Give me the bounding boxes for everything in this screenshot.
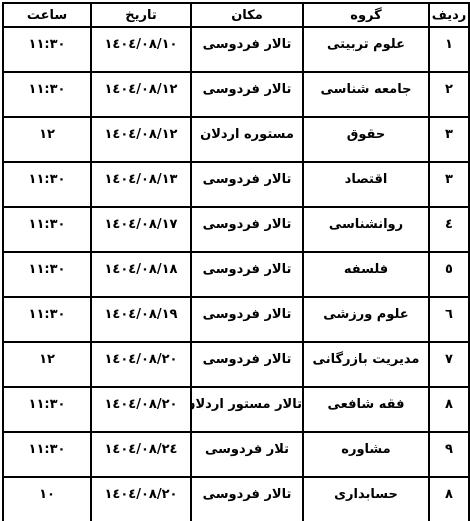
- cell-group: جامعه شناسی: [303, 72, 429, 117]
- cell-date: ١٤٠٤/٠٨/١٧: [91, 207, 191, 252]
- cell-time: ١٠: [3, 477, 91, 521]
- cell-time: ١١:٣٠: [3, 297, 91, 342]
- cell-radif: ٢: [429, 72, 469, 117]
- table-row: ٣حقوقمستوره اردلان١٤٠٤/٠٨/١٢١٢: [3, 117, 469, 162]
- cell-date: ١٤٠٤/٠٨/١٨: [91, 252, 191, 297]
- table-row: ٩مشاورهتلار فردوسی١٤٠٤/٠٨/٢٤١١:٣٠: [3, 432, 469, 477]
- cell-date: ١٤٠٤/٠٨/٢٠: [91, 387, 191, 432]
- cell-date: ١٤٠٤/٠٨/١٢: [91, 72, 191, 117]
- header-time: ساعت: [3, 3, 91, 27]
- cell-group: اقتصاد: [303, 162, 429, 207]
- table-row: ٨فقه شافعیتالار مستور اردلان١٤٠٤/٠٨/٢٠١١…: [3, 387, 469, 432]
- cell-group: علوم ورزشی: [303, 297, 429, 342]
- cell-time: ١١:٣٠: [3, 72, 91, 117]
- cell-group: فلسفه: [303, 252, 429, 297]
- table-row: ٦علوم ورزشیتالار فردوسی١٤٠٤/٠٨/١٩١١:٣٠: [3, 297, 469, 342]
- cell-time: ١١:٣٠: [3, 432, 91, 477]
- cell-radif: ٤: [429, 207, 469, 252]
- table-row: ٥فلسفهتالار فردوسی١٤٠٤/٠٨/١٨١١:٣٠: [3, 252, 469, 297]
- cell-place: تالار فردوسی: [191, 342, 303, 387]
- cell-time: ١١:٣٠: [3, 252, 91, 297]
- cell-date: ١٤٠٤/٠٨/١٣: [91, 162, 191, 207]
- cell-radif: ٩: [429, 432, 469, 477]
- cell-date: ١٤٠٤/٠٨/٢٤: [91, 432, 191, 477]
- header-group: گروه: [303, 3, 429, 27]
- cell-radif: ٣: [429, 117, 469, 162]
- cell-radif: ٨: [429, 387, 469, 432]
- cell-time: ١٢: [3, 342, 91, 387]
- cell-radif: ٣: [429, 162, 469, 207]
- header-row: ردیف گروه مکان تاریخ ساعت: [3, 3, 469, 27]
- cell-date: ١٤٠٤/٠٨/٢٠: [91, 477, 191, 521]
- cell-group: روانشناسی: [303, 207, 429, 252]
- cell-place: تلار فردوسی: [191, 432, 303, 477]
- cell-place: تالار فردوسی: [191, 297, 303, 342]
- cell-group: مشاوره: [303, 432, 429, 477]
- cell-radif: ٦: [429, 297, 469, 342]
- table-row: ٢جامعه شناسیتالار فردوسی١٤٠٤/٠٨/١٢١١:٣٠: [3, 72, 469, 117]
- cell-date: ١٤٠٤/٠٨/١٩: [91, 297, 191, 342]
- cell-radif: ٧: [429, 342, 469, 387]
- cell-date: ١٤٠٤/٠٨/١٢: [91, 117, 191, 162]
- cell-place: تالار فردوسی: [191, 162, 303, 207]
- cell-radif: ٥: [429, 252, 469, 297]
- table-row: ١علوم تربیتیتالار فردوسی١٤٠٤/٠٨/١٠١١:٣٠: [3, 27, 469, 72]
- cell-place: مستوره اردلان: [191, 117, 303, 162]
- cell-group: فقه شافعی: [303, 387, 429, 432]
- table-row: ٧مدیریت بازرگانیتالار فردوسی١٤٠٤/٠٨/٢٠١٢: [3, 342, 469, 387]
- cell-place: تالار مستور اردلان: [191, 387, 303, 432]
- cell-group: حسابداری: [303, 477, 429, 521]
- cell-place: تالار فردوسی: [191, 27, 303, 72]
- cell-time: ١١:٣٠: [3, 162, 91, 207]
- table-row: ٣اقتصادتالار فردوسی١٤٠٤/٠٨/١٣١١:٣٠: [3, 162, 469, 207]
- exam-schedule-table: ردیف گروه مکان تاریخ ساعت ١علوم تربیتیتا…: [2, 2, 470, 521]
- cell-time: ١١:٣٠: [3, 207, 91, 252]
- cell-group: مدیریت بازرگانی: [303, 342, 429, 387]
- header-radif: ردیف: [429, 3, 469, 27]
- header-date: تاریخ: [91, 3, 191, 27]
- cell-time: ١٢: [3, 117, 91, 162]
- cell-place: تالار فردوسی: [191, 72, 303, 117]
- cell-time: ١١:٣٠: [3, 27, 91, 72]
- cell-group: حقوق: [303, 117, 429, 162]
- cell-radif: ٨: [429, 477, 469, 521]
- table-row: ٨حسابداریتالار فردوسی١٤٠٤/٠٨/٢٠١٠: [3, 477, 469, 521]
- cell-date: ١٤٠٤/٠٨/٢٠: [91, 342, 191, 387]
- cell-date: ١٤٠٤/٠٨/١٠: [91, 27, 191, 72]
- cell-radif: ١: [429, 27, 469, 72]
- cell-place: تالار فردوسی: [191, 252, 303, 297]
- header-place: مکان: [191, 3, 303, 27]
- cell-time: ١١:٣٠: [3, 387, 91, 432]
- table-row: ٤روانشناسیتالار فردوسی١٤٠٤/٠٨/١٧١١:٣٠: [3, 207, 469, 252]
- table-body: ١علوم تربیتیتالار فردوسی١٤٠٤/٠٨/١٠١١:٣٠٢…: [3, 27, 469, 521]
- cell-place: تالار فردوسی: [191, 207, 303, 252]
- cell-place: تالار فردوسی: [191, 477, 303, 521]
- table-header: ردیف گروه مکان تاریخ ساعت: [3, 3, 469, 27]
- cell-group: علوم تربیتی: [303, 27, 429, 72]
